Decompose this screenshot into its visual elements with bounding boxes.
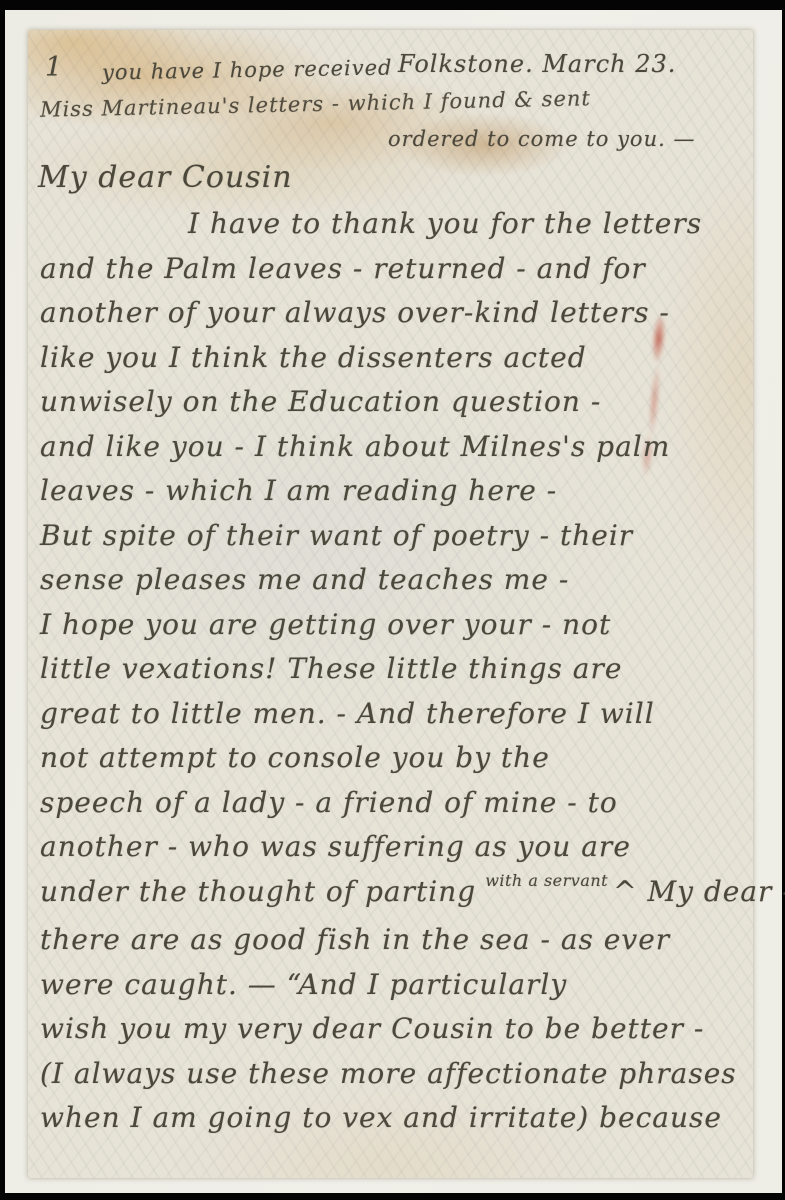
page-number: 1: [45, 52, 62, 83]
place-and-date: Folkstone. March 23.: [398, 50, 676, 78]
interline-insertion: with a servant: [485, 859, 608, 904]
body-line: leaves - which I am reading here -: [40, 469, 746, 514]
body-line: another - who was suffering as you are: [40, 825, 746, 870]
body-line-with-insertion: under the thought of partingwith a serva…: [40, 870, 746, 919]
letter-body: I have to thank you for the letters and …: [40, 202, 746, 1141]
body-line: like you I think the dissenters acted: [40, 336, 746, 381]
body-line: and like you - I think about Milnes's pa…: [40, 425, 746, 470]
body-line: But spite of their want of poetry - thei…: [40, 514, 746, 559]
body-line: sense pleases me and teaches me -: [40, 558, 746, 603]
scanner-mat: 1 you have I hope received Folkstone. Ma…: [5, 10, 782, 1193]
annotation-line-3: ordered to come to you. —: [388, 127, 695, 151]
body-line: great to little men. - And therefore I w…: [40, 692, 746, 737]
body-line: when I am going to vex and irritate) bec…: [40, 1096, 746, 1141]
body-line: were caught. — “And I particularly: [40, 963, 746, 1008]
body-line: not attempt to console you by the: [40, 736, 746, 781]
body-line: (I always use these more affectionate ph…: [40, 1052, 746, 1097]
body-line: unwisely on the Education question -: [40, 380, 746, 425]
parting-text-before: under the thought of parting: [40, 875, 476, 908]
annotation-line-2: Miss Martineau's letters - which I found…: [40, 86, 591, 122]
body-line: I have to thank you for the letters: [40, 202, 746, 247]
annotation-line-1: you have I hope received: [102, 55, 393, 84]
body-line: speech of a lady - a friend of mine - to: [40, 781, 746, 826]
body-line: another of your always over-kind letters…: [40, 291, 746, 336]
body-line: I hope you are getting over your - not: [40, 603, 746, 648]
body-line: wish you my very dear Cousin to be bette…: [40, 1007, 746, 1052]
letter-page: 1 you have I hope received Folkstone. Ma…: [28, 30, 753, 1178]
body-line: and the Palm leaves - returned - and for: [40, 247, 746, 292]
body-line: there are as good fish in the sea - as e…: [40, 918, 746, 963]
body-line: little vexations! These little things ar…: [40, 647, 746, 692]
parting-text-after: ^ My dear -: [613, 875, 785, 908]
salutation: My dear Cousin: [38, 160, 293, 195]
